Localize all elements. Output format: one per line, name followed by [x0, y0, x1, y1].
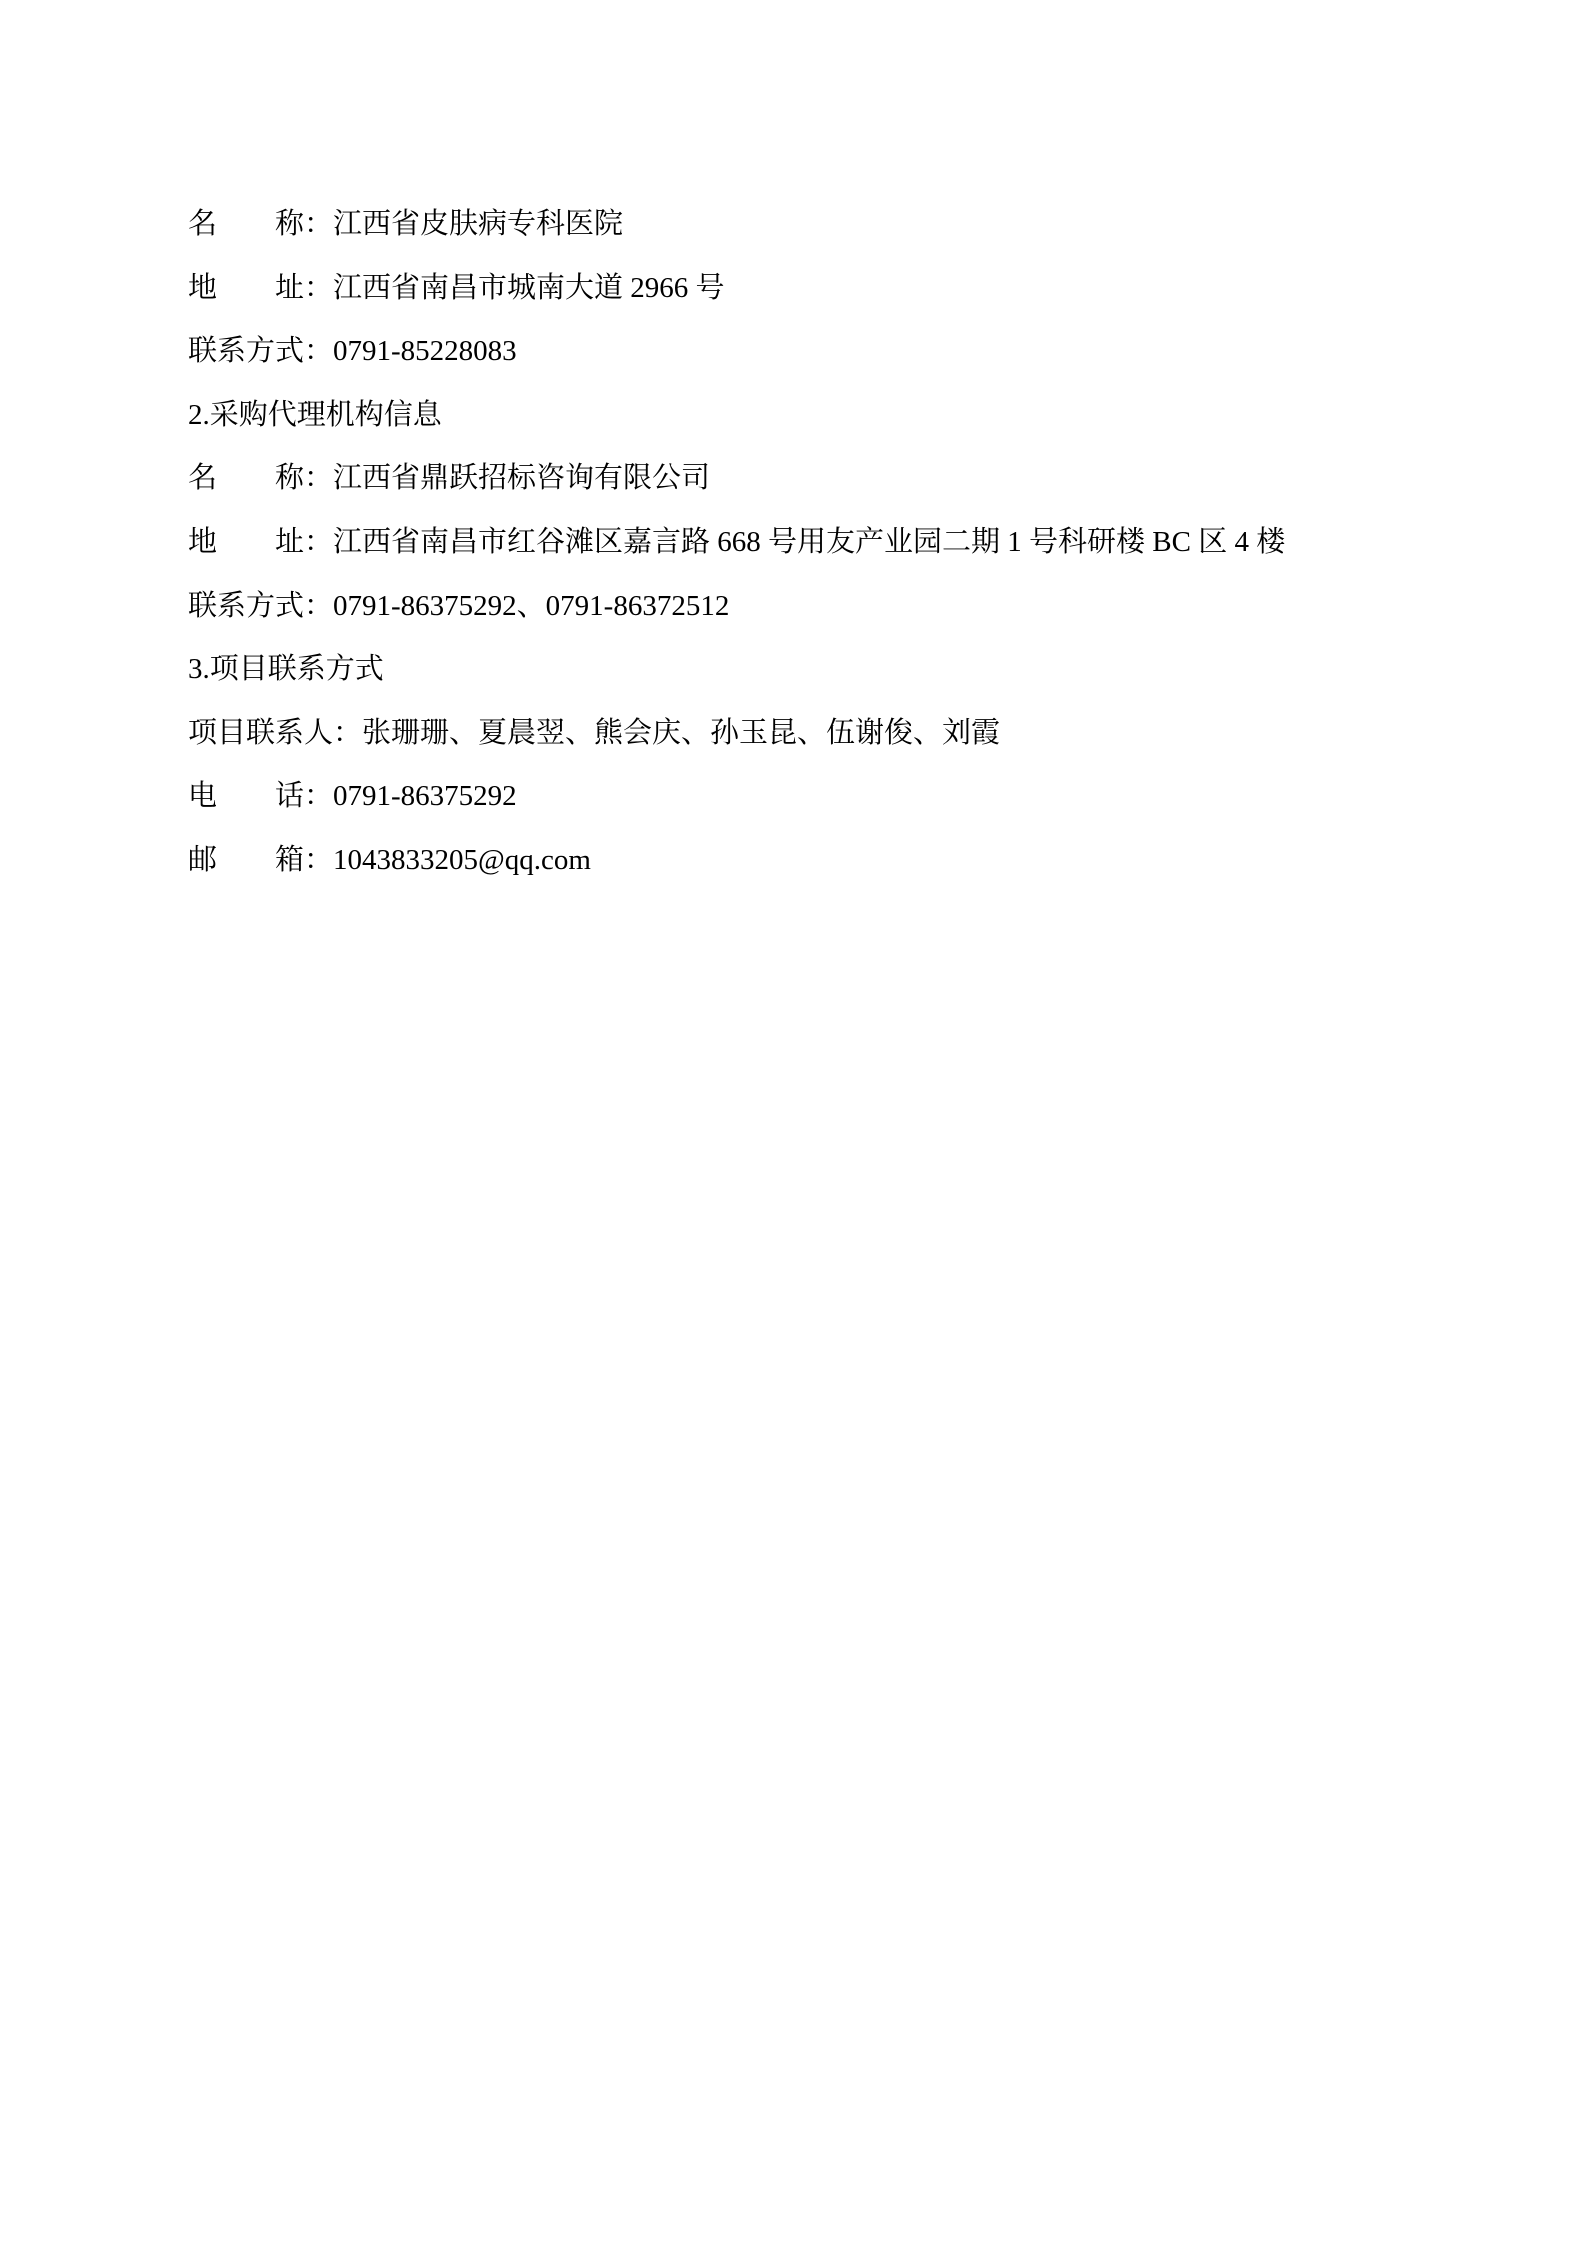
purchaser-contact-line: 联系方式：0791-85228083 [188, 320, 1478, 384]
agency-address-value: 江西省南昌市红谷滩区嘉言路 668 号用友产业园二期 1 号科研楼 BC 区 4… [333, 526, 1285, 558]
purchaser-address-line: 地 址：江西省南昌市城南大道 2966 号 [188, 257, 1478, 321]
purchaser-address-label: 地 址： [188, 272, 333, 304]
purchaser-contact-label: 联系方式： [188, 335, 333, 367]
project-contacts-line: 项目联系人：张珊珊、夏晨翌、熊会庆、孙玉昆、伍谢俊、刘霞 [188, 702, 1478, 766]
project-email-value: 1043833205@qq.com [333, 844, 591, 876]
agency-contact-value: 0791-86375292、0791-86372512 [333, 590, 729, 622]
purchaser-address-value: 江西省南昌市城南大道 2966 号 [333, 272, 725, 304]
agency-address-label: 地 址： [188, 526, 333, 558]
document-page: 名 称：江西省皮肤病专科医院 地 址：江西省南昌市城南大道 2966 号 联系方… [0, 0, 1587, 2245]
project-phone-value: 0791-86375292 [333, 780, 517, 812]
agency-name-label: 名 称： [188, 462, 333, 494]
agency-name-value: 江西省鼎跃招标咨询有限公司 [333, 462, 710, 494]
agency-contact-label: 联系方式： [188, 590, 333, 622]
project-email-label: 邮 箱： [188, 844, 333, 876]
purchaser-name-label: 名 称： [188, 208, 333, 240]
project-phone-line: 电 话：0791-86375292 [188, 765, 1478, 829]
purchaser-contact-value: 0791-85228083 [333, 335, 517, 367]
document-body: 名 称：江西省皮肤病专科医院 地 址：江西省南昌市城南大道 2966 号 联系方… [188, 193, 1478, 893]
agency-contact-line: 联系方式：0791-86375292、0791-86372512 [188, 575, 1478, 639]
agency-address-line: 地 址：江西省南昌市红谷滩区嘉言路 668 号用友产业园二期 1 号科研楼 BC… [188, 511, 1478, 575]
purchaser-name-line: 名 称：江西省皮肤病专科医院 [188, 193, 1478, 257]
project-contacts-value: 张珊珊、夏晨翌、熊会庆、孙玉昆、伍谢俊、刘霞 [362, 717, 1000, 749]
agency-section-heading: 2.采购代理机构信息 [188, 384, 1478, 448]
agency-name-line: 名 称：江西省鼎跃招标咨询有限公司 [188, 447, 1478, 511]
project-contacts-label: 项目联系人： [188, 717, 362, 749]
project-phone-label: 电 话： [188, 780, 333, 812]
project-contact-section-heading: 3.项目联系方式 [188, 638, 1478, 702]
purchaser-name-value: 江西省皮肤病专科医院 [333, 208, 623, 240]
project-email-line: 邮 箱：1043833205@qq.com [188, 829, 1478, 893]
